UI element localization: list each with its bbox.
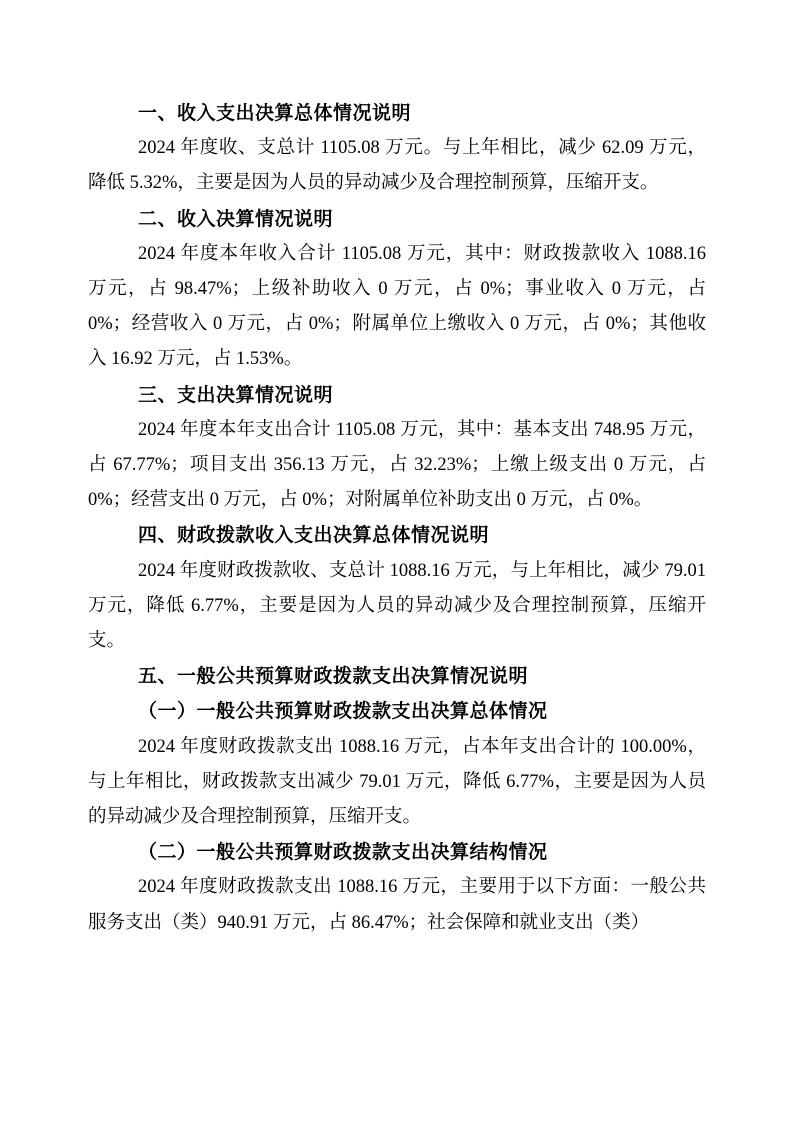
section-1-heading: 一、收入支出决算总体情况说明 (88, 96, 706, 131)
document-page: 一、收入支出决算总体情况说明 2024 年度收、支总计 1105.08 万元。与… (0, 0, 793, 1122)
section-income-expenditure-overview: 一、收入支出决算总体情况说明 2024 年度收、支总计 1105.08 万元。与… (88, 96, 706, 202)
section-2-heading: 二、收入决算情况说明 (88, 202, 706, 237)
section-1-paragraph: 2024 年度收、支总计 1105.08 万元。与上年相比，减少 62.09 万… (88, 131, 706, 201)
section-income-accounts: 二、收入决算情况说明 2024 年度本年收入合计 1105.08 万元，其中：财… (88, 202, 706, 378)
section-3-heading: 三、支出决算情况说明 (88, 378, 706, 413)
section-4-paragraph: 2024 年度财政拨款收、支总计 1088.16 万元，与上年相比，减少 79.… (88, 554, 706, 660)
section-4-heading: 四、财政拨款收入支出决算总体情况说明 (88, 518, 706, 553)
section-5-subheading-2: （二）一般公共预算财政拨款支出决算结构情况 (88, 835, 706, 870)
section-3-paragraph: 2024 年度本年支出合计 1105.08 万元，其中：基本支出 748.95 … (88, 413, 706, 519)
section-2-paragraph: 2024 年度本年收入合计 1105.08 万元，其中：财政拨款收入 1088.… (88, 237, 706, 378)
section-expenditure-accounts: 三、支出决算情况说明 2024 年度本年支出合计 1105.08 万元，其中：基… (88, 378, 706, 519)
section-5-paragraph: 2024 年度财政拨款支出 1088.16 万元，占本年支出合计的 100.00… (88, 730, 706, 836)
section-5-heading: 五、一般公共预算财政拨款支出决算情况说明 (88, 659, 706, 694)
document-body: 一、收入支出决算总体情况说明 2024 年度收、支总计 1105.08 万元。与… (88, 96, 706, 941)
section-5-subheading-1: （一）一般公共预算财政拨款支出决算总体情况 (88, 694, 706, 729)
section-general-public-budget-expenditure: 五、一般公共预算财政拨款支出决算情况说明 （一）一般公共预算财政拨款支出决算总体… (88, 659, 706, 835)
section-general-public-budget-structure: （二）一般公共预算财政拨款支出决算结构情况 2024 年度财政拨款支出 1088… (88, 835, 706, 941)
section-fiscal-appropriation-overview: 四、财政拨款收入支出决算总体情况说明 2024 年度财政拨款收、支总计 1088… (88, 518, 706, 659)
section-6-paragraph: 2024 年度财政拨款支出 1088.16 万元，主要用于以下方面：一般公共服务… (88, 870, 706, 940)
